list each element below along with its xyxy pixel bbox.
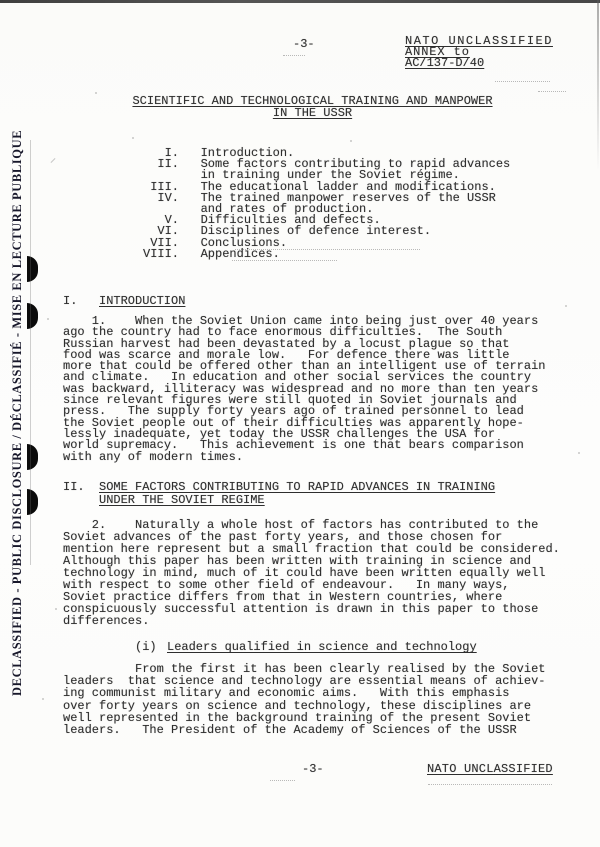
page-number-bottom: -3- [302,762,324,776]
document-title: SCIENTIFIC AND TECHNOLOGICAL TRAINING AN… [64,96,561,119]
scan-speck [47,318,49,320]
classification-footer: NATO UNCLASSIFIED [427,762,553,776]
declassification-stamp: DECLASSIFIED - PUBLIC DISCLOSURE / DÉCLA… [10,184,25,696]
table-of-contents: I. Introduction. II. Some factors contri… [143,148,510,260]
scan-speck [565,305,567,307]
scan-speck [95,92,97,94]
section-heading-introduction: I.INTRODUCTION [63,294,185,308]
scan-smudge [235,249,420,250]
subsection-title: Leaders qualified in science and technol… [167,640,477,654]
scan-smudge [538,91,566,92]
scan-speck [578,452,580,454]
scan-edge-right [597,0,599,170]
page-number-top: -3- [293,37,315,51]
binding-hole-mark [27,489,38,515]
scan-smudge [270,780,295,781]
section-number: II. [63,481,99,494]
scan-speck [350,140,352,142]
scan-speck [42,698,44,700]
binding-hole-mark [27,303,38,329]
subsection-heading-leaders: (i)Leaders qualified in science and tech… [135,640,477,654]
subsection-number: (i) [135,640,167,654]
scan-speck [51,158,56,163]
section-title: SOME FACTORS CONTRIBUTING TO RAPID ADVAN… [99,481,495,506]
scan-smudge [283,55,305,56]
paragraph-3: From the first it has been clearly reali… [63,663,545,736]
paragraph-2: 2. Naturally a whole host of factors has… [63,519,560,627]
document-reference: AC/137-D/40 [405,58,553,69]
fold-line [30,140,31,565]
binding-hole-mark [27,256,38,282]
binding-hole-mark [27,444,38,470]
scan-smudge [428,784,552,785]
scan-smudge [232,260,337,261]
scan-speck [55,608,57,610]
section-title: INTRODUCTION [99,294,185,308]
scan-speck [132,137,134,139]
scan-edge-top [0,0,600,3]
section-number: I. [63,294,99,308]
section-title-line2: UNDER THE SOVIET REGIME [99,493,265,507]
classification-block: NATO UNCLASSIFIED ANNEX to AC/137-D/40 [405,36,553,70]
scan-smudge [495,81,550,82]
paragraph-1: 1. When the Soviet Union came into being… [63,316,545,463]
document-title-line2: IN THE USSR [64,108,561,120]
document-page: DECLASSIFIED - PUBLIC DISCLOSURE / DÉCLA… [0,0,600,847]
section-heading-factors: II. SOME FACTORS CONTRIBUTING TO RAPID A… [63,481,495,506]
